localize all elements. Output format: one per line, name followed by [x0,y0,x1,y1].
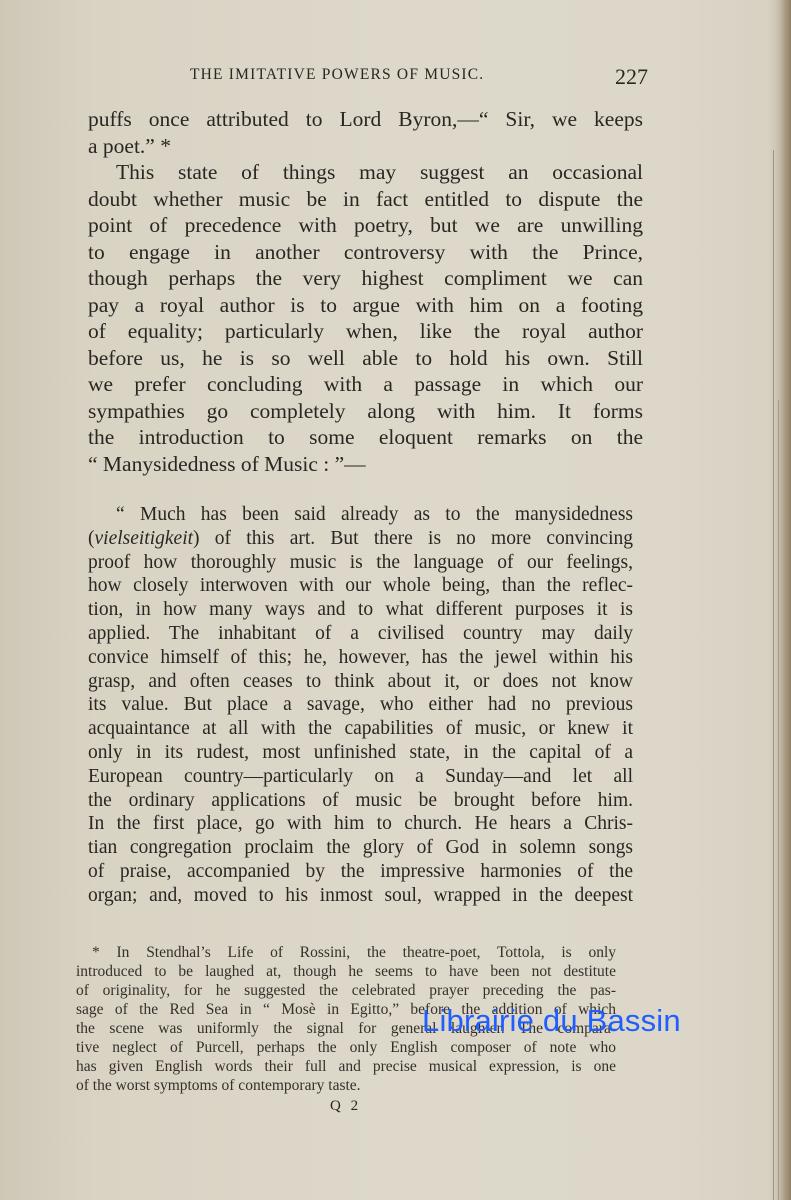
quote-line: its value. But place a savage, who eithe… [88,693,633,717]
body-text: puffs once attributed to Lord Byron,—“ S… [88,106,643,477]
footnote-line: has given English words their full and p… [76,1057,616,1076]
text-line: before us, he is so well able to hold hi… [88,345,643,372]
quote-line: grasp, and often ceases to think about i… [88,670,633,694]
signature-mark: Q 2 [330,1098,361,1115]
quote-line: of praise, accompanied by the impressive… [88,860,633,884]
quote-line: applied. The inhabitant of a civilised c… [88,622,633,646]
book-page-edges [769,0,791,1200]
quote-line: organ; and, moved to his inmost soul, wr… [88,884,633,908]
quote-line: European country—particularly on a Sunda… [88,765,633,789]
quote-line: “ Much has been said already as to the m… [88,503,633,527]
quote-line: acquaintance at all with the capabilitie… [88,717,633,741]
page-number: 227 [615,64,648,90]
text-line: puffs once attributed to Lord Byron,—“ S… [88,106,643,133]
text-line: though perhaps the very highest complime… [88,265,643,292]
watermark: Librairie du Bassin [422,1003,681,1039]
quote-line: tian congregation proclaim the glory of … [88,836,633,860]
text-line: This state of things may suggest an occa… [88,159,643,186]
block-quote: “ Much has been said already as to the m… [88,503,633,908]
page-edge-line [778,400,779,1200]
quote-line-with-italic: (vielseitigkeit) of this art. But there … [88,527,633,551]
italic-term: vielseitigkeit [95,528,194,549]
text-line: a poet.” * [88,133,643,160]
quote-line: convice himself of this; he, however, ha… [88,646,633,670]
text-line: we prefer concluding with a passage in w… [88,371,643,398]
text-line: of equality; particularly when, like the… [88,318,643,345]
running-head: THE IMITATIVE POWERS OF MUSIC. 227 [190,64,648,88]
quote-line: tion, in how many ways and to what diffe… [88,598,633,622]
footnote-line: of originality, for he suggested the cel… [76,981,616,1000]
text-line: pay a royal author is to argue with him … [88,292,643,319]
quote-line: proof how thoroughly music is the langua… [88,551,633,575]
text-line: to engage in another controversy with th… [88,239,643,266]
paragraph-2: This state of things may suggest an occa… [88,159,643,477]
footnote-line: tive neglect of Purcell, perhaps the onl… [76,1038,616,1057]
quote-line: how closely interwoven with our whole be… [88,574,633,598]
page-edge-line [773,150,774,1200]
text-line: “ Manysidedness of Music : ”— [88,451,643,478]
quote-line: the ordinary applications of music be br… [88,789,633,813]
quote-line: only in its rudest, most unfinished stat… [88,741,633,765]
text-line: doubt whether music be in fact entitled … [88,186,643,213]
text-line: sympathies go completely along with him.… [88,398,643,425]
paragraph-1: puffs once attributed to Lord Byron,—“ S… [88,106,643,159]
text-line: point of precedence with poetry, but we … [88,212,643,239]
footnote-line: introduced to be laughed at, though he s… [76,962,616,981]
footnote-line: * In Stendhal’s Life of Rossini, the the… [76,943,616,962]
running-title: THE IMITATIVE POWERS OF MUSIC. [190,66,484,84]
footnote-line: of the worst symptoms of contemporary ta… [76,1076,616,1095]
text-line: the introduction to some eloquent remark… [88,424,643,451]
running-title-text: THE IMITATIVE POWERS OF MUSIC. [190,66,484,83]
quote-line: In the first place, go with him to churc… [88,812,633,836]
